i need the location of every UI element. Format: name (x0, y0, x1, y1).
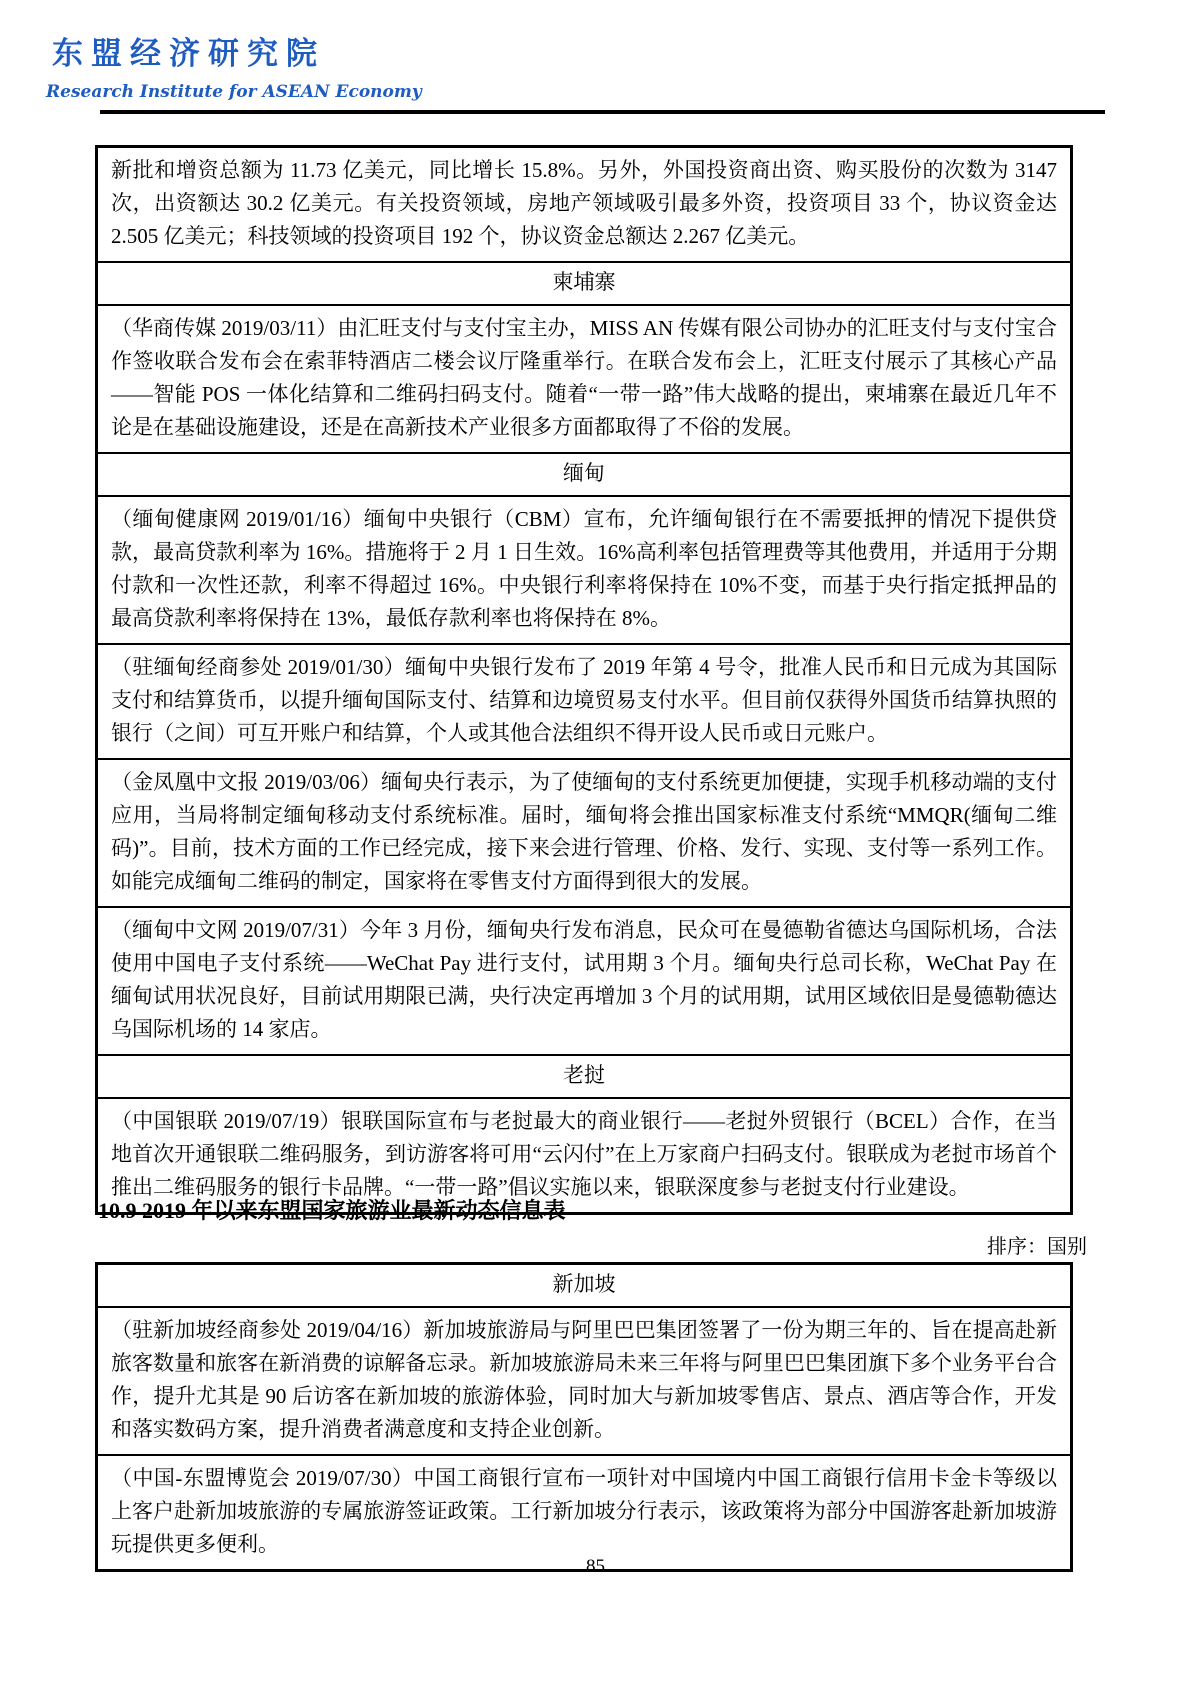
news-cell: （中国-东盟博览会 2019/07/30）中国工商银行宣布一项针对中国境内中国工… (98, 1454, 1070, 1569)
news-cell: （驻缅甸经商参处 2019/01/30）缅甸中央银行发布了 2019 年第 4 … (98, 643, 1070, 758)
document-page: 东盟经济研究院 Research Institute for ASEAN Eco… (0, 0, 1191, 1684)
header-rule-divider (100, 110, 1105, 114)
country-header-row-cambodia: 柬埔寨 (98, 261, 1070, 304)
news-cell: 新批和增资总额为 11.73 亿美元，同比增长 15.8%。另外，外国投资商出资… (98, 148, 1070, 261)
news-cell: （华商传媒 2019/03/11）由汇旺支付与支付宝主办，MISS AN 传媒有… (98, 304, 1070, 452)
logo-subtitle: Research Institute for ASEAN Economy (46, 82, 422, 102)
news-cell: （缅甸中文网 2019/07/31）今年 3 月份，缅甸央行发布消息，民众可在曼… (98, 906, 1070, 1054)
news-cell: （缅甸健康网 2019/01/16）缅甸中央银行（CBM）宣布，允许缅甸银行在不… (98, 495, 1070, 643)
masthead: 东盟经济研究院 Research Institute for ASEAN Eco… (46, 28, 422, 102)
news-cell: （驻新加坡经商参处 2019/04/16）新加坡旅游局与阿里巴巴集团签署了一份为… (98, 1306, 1070, 1454)
country-header-row-laos: 老挝 (98, 1054, 1070, 1097)
payment-news-table: 新批和增资总额为 11.73 亿美元，同比增长 15.8%。另外，外国投资商出资… (95, 145, 1073, 1215)
sort-order-note: 排序：国别 (987, 1230, 1087, 1259)
tourism-news-table: 新加坡 （驻新加坡经商参处 2019/04/16）新加坡旅游局与阿里巴巴集团签署… (95, 1262, 1073, 1572)
page-number: 85 (0, 1556, 1191, 1578)
news-cell: （金凤凰中文报 2019/03/06）缅甸央行表示，为了使缅甸的支付系统更加便捷… (98, 758, 1070, 906)
logo-title: 东盟经济研究院 (46, 28, 422, 73)
country-header-row-myanmar: 缅甸 (98, 452, 1070, 495)
country-header-row-singapore: 新加坡 (98, 1265, 1070, 1306)
section-heading: 10.9 2019 年以来东盟国家旅游业最新动态信息表 (98, 1194, 566, 1225)
